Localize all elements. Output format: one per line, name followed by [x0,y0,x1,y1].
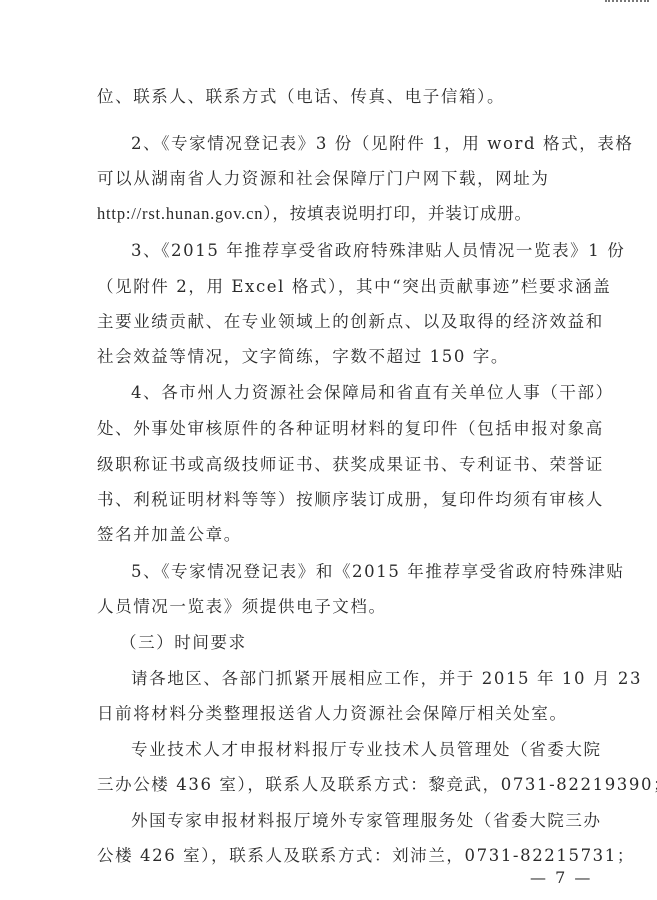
text-line: （见附件 2，用 Excel 格式），其中“突出贡献事迹”栏要求涵盖 [97,276,567,298]
text-line: 请各地区、各部门抓紧开展相应工作，并于 2015 年 10 月 23 [131,668,567,690]
page-number: — 7 — [530,868,592,887]
text-line: 专业技术人才申报材料报厅专业技术人员管理处（省委大院 [131,739,567,761]
text-line: 公楼 426 室），联系人及联系方式：刘沛兰，0731-82215731； [97,845,567,867]
text-line: 主要业绩贡献、在专业领域上的创新点、以及取得的经济效益和 [97,311,567,333]
scan-corner-mark [605,0,649,6]
text-line: 日前将材料分类整理报送省人力资源社会保障厅相关处室。 [97,703,567,725]
text-line: 书、利税证明材料等等）按顺序装订成册，复印件均须有审核人 [97,489,567,511]
text-line: 位、联系人、联系方式（电话、传真、电子信箱）。 [97,86,567,108]
text-line: 5、《专家情况登记表》和《2015 年推荐享受省政府特殊津贴 [131,561,567,583]
text-line: 三办公楼 436 室），联系人及联系方式：黎竞武，0731-82219390； [97,774,567,796]
text-line: 外国专家申报材料报厅境外专家管理服务处（省委大院三办 [131,810,567,832]
text-line: 2、《专家情况登记表》3 份（见附件 1，用 word 格式，表格 [131,133,567,155]
text-line: 级职称证书或高级技师证书、获奖成果证书、专利证书、荣誉证 [97,454,567,476]
text-line: 4、各市州人力资源社会保障局和省直有关单位人事（干部） [131,382,567,404]
text-line: 人员情况一览表》须提供电子文档。 [97,596,567,618]
document-page: 位、联系人、联系方式（电话、传真、电子信箱）。 2、《专家情况登记表》3 份（见… [0,0,657,900]
text-line: 可以从湖南省人力资源和社会保障厅门户网下载，网址为 [97,168,567,190]
text-line: http://rst.hunan.gov.cn），按填表说明打印，并装订成册。 [97,203,567,225]
text-line: 3、《2015 年推荐享受省政府特殊津贴人员情况一览表》1 份 [131,240,567,262]
text-line: 社会效益等情况，文字简练，字数不超过 150 字。 [97,346,567,368]
section-heading: （三）时间要求 [120,632,590,654]
text-line: 处、外事处审核原件的各种证明材料的复印件（包括申报对象高 [97,418,567,440]
text-line: 签名并加盖公章。 [97,524,567,546]
